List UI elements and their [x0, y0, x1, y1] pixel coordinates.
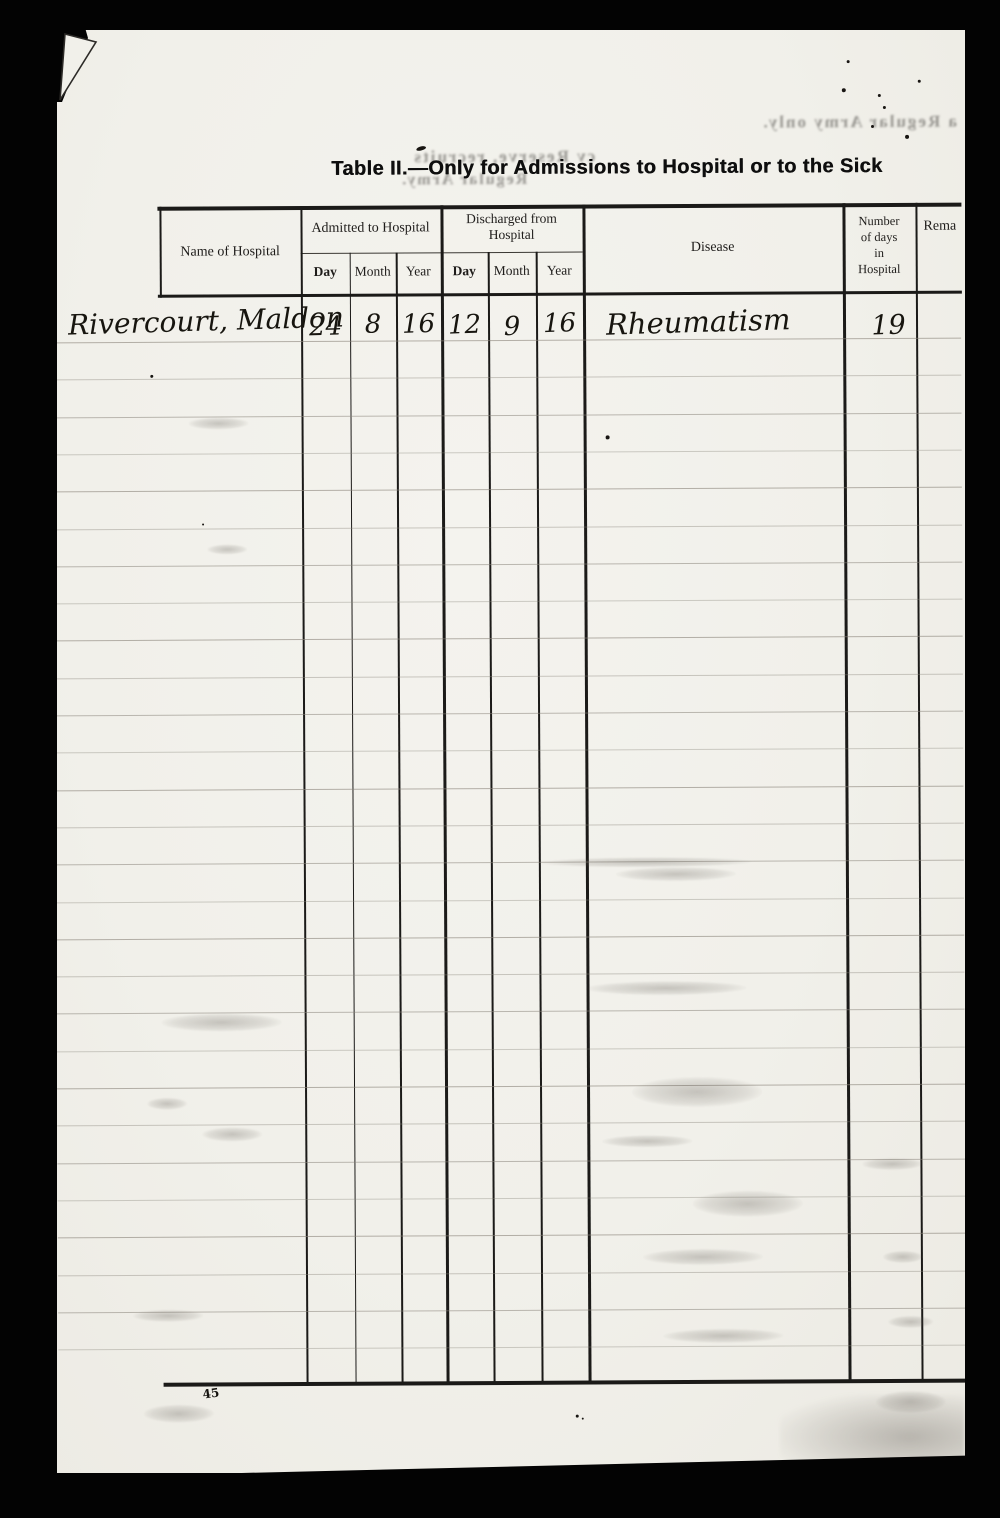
cell-days-in-hospital: 19	[866, 309, 912, 341]
page-title: Table II.—Only for Admissions to Hospita…	[331, 155, 882, 181]
header-remarks-truncated: Rema	[923, 218, 965, 234]
cell-disease: Rheumatism	[606, 302, 791, 341]
header-days-line1: Number	[842, 214, 915, 229]
header-days-line4: Hospital	[843, 262, 916, 277]
cell-admitted-year: 16	[396, 309, 442, 340]
header-discharged-group-line2: Hospital	[441, 227, 583, 244]
paper-shading	[780, 1395, 965, 1465]
header-name-of-hospital: Name of Hospital	[160, 244, 301, 261]
scanned-document: a Regular Army only. cv Reserve, recruit…	[0, 0, 1000, 1518]
dogear-fold-icon	[57, 30, 120, 116]
header-admitted-year: Year	[396, 263, 441, 279]
header-admitted-month: Month	[350, 264, 396, 280]
cell-discharged-day: 12	[441, 309, 489, 340]
bleedthrough-text-line1: a Regular Army only.	[125, 112, 957, 136]
cell-discharged-year: 16	[536, 308, 584, 339]
header-discharged-group-line1: Discharged from	[440, 211, 582, 228]
cell-admitted-month: 8	[350, 309, 397, 340]
header-discharged-day: Day	[441, 263, 488, 279]
paper-sheet: a Regular Army only. cv Reserve, recruit…	[57, 30, 965, 1473]
header-admitted-group: Admitted to Hospital	[300, 220, 440, 237]
header-discharged-year: Year	[536, 263, 583, 279]
header-discharged-month: Month	[488, 263, 536, 279]
page-number: 45	[202, 1385, 221, 1401]
header-admitted-day: Day	[301, 264, 350, 280]
cell-admitted-day: 24	[301, 311, 351, 342]
header-disease: Disease	[583, 239, 843, 256]
header-days-line2: of days	[843, 230, 916, 245]
header-days-line3: in	[843, 246, 916, 261]
cell-discharged-month: 9	[488, 311, 537, 342]
